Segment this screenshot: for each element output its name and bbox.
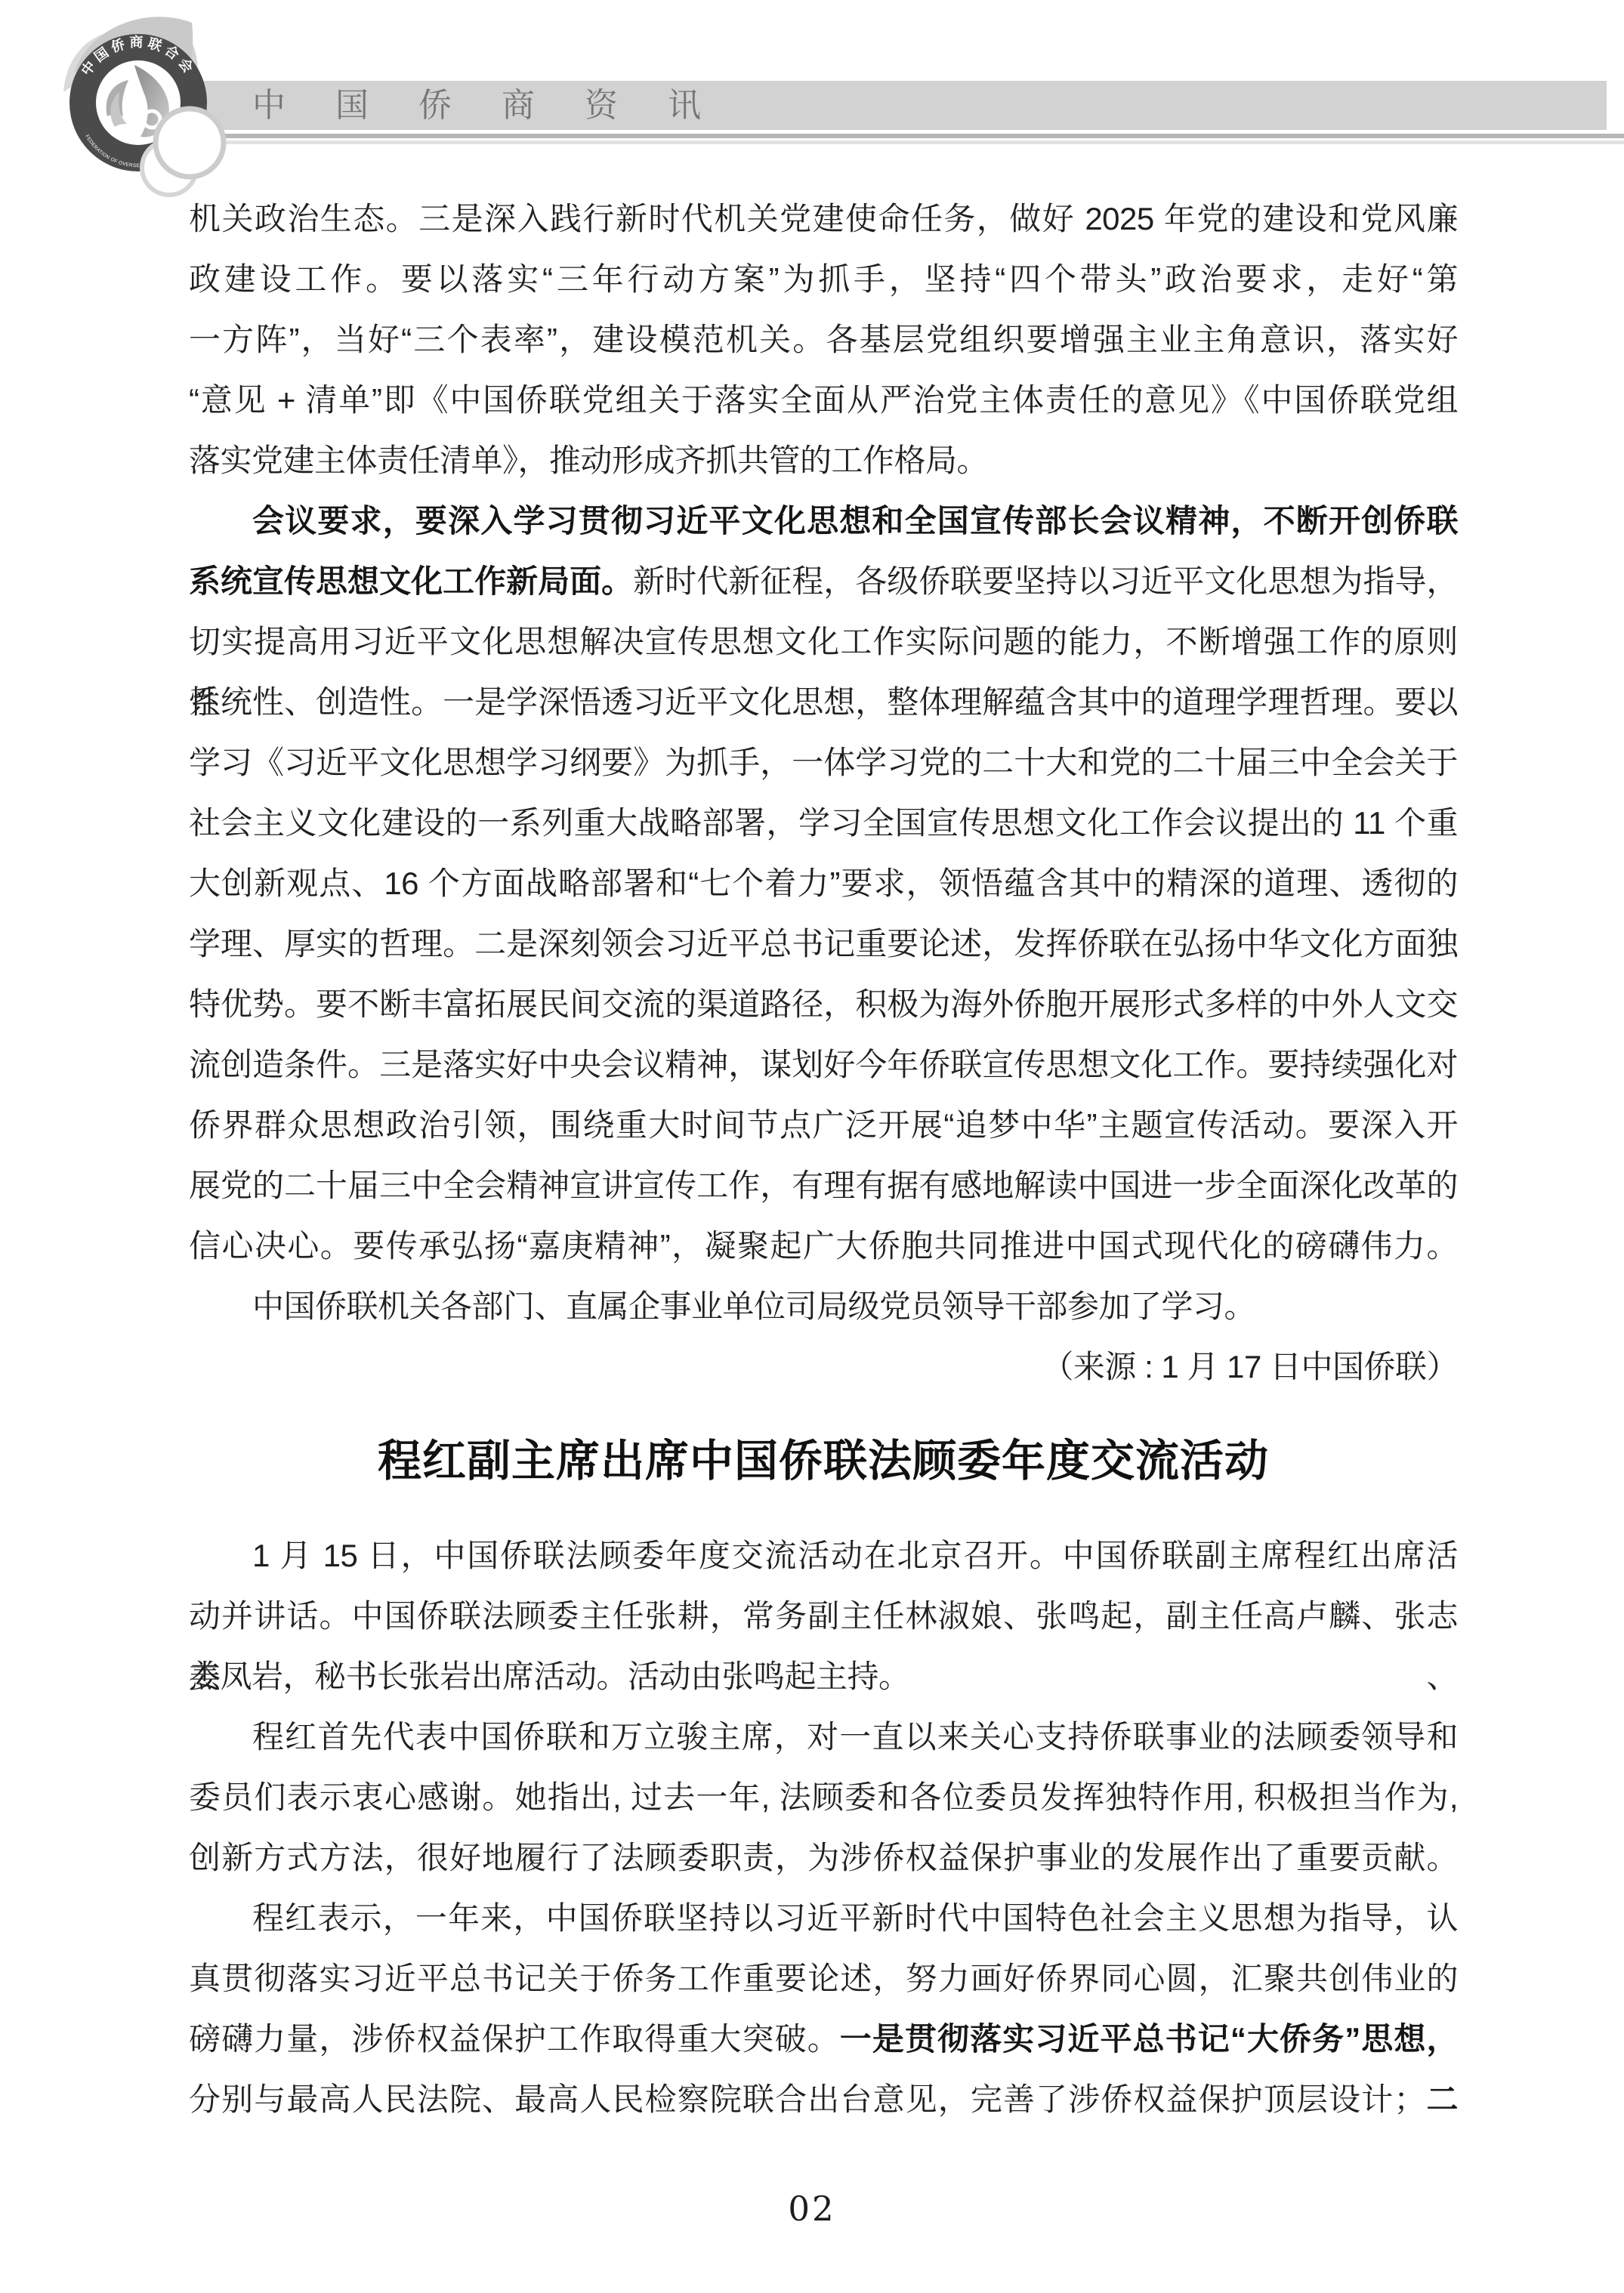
page-content: 机关政治生态。三是深入践行新时代机关党建使命任务，做好 2025 年党的建设和党… xyxy=(189,189,1458,2130)
text-line: 社会主义文化建设的一系列重大战略部署，学习全国宣传思想文化工作会议提出的 11 … xyxy=(189,793,1458,853)
text-line: 中国侨联机关各部门、直属企事业单位司局级党员领导干部参加了学习。 xyxy=(189,1276,1458,1337)
article-2-body: 1 月 15 日，中国侨联法顾委年度交流活动在北京召开。中国侨联副主席程红出席活… xyxy=(189,1526,1458,2130)
article-1-source: （来源 : 1 月 17 日中国侨联） xyxy=(189,1337,1458,1397)
text-line: 落实党建主体责任清单》，推动形成齐抓共管的工作格局。 xyxy=(189,431,1458,491)
text-line: 特优势。要不断丰富拓展民间交流的渠道路径，积极为海外侨胞开展形式多样的中外人文交 xyxy=(189,974,1458,1035)
text-line: 切实提高用习近平文化思想解决宣传思想文化工作实际问题的能力，不断增强工作的原则性… xyxy=(189,612,1458,672)
page-number: 02 xyxy=(0,2189,1624,2229)
text-line: 系统宣传思想文化工作新局面。新时代新征程，各级侨联要坚持以习近平文化思想为指导， xyxy=(189,551,1458,612)
text-line: 会议要求，要深入学习贯彻习近平文化思想和全国宣传部长会议精神，不断开创侨联 xyxy=(189,491,1458,551)
text-line: 学理、厚实的哲理。二是深刻领会习近平总书记重要论述，发挥侨联在弘扬中华文化方面独 xyxy=(189,914,1458,974)
text-line: 创新方式方法，很好地履行了法顾委职责，为涉侨权益保护事业的发展作出了重要贡献。 xyxy=(189,1828,1458,1888)
text-line: 展党的二十届三中全会精神宣讲宣传工作，有理有据有感地解读中国进一步全面深化改革的 xyxy=(189,1156,1458,1216)
text-line: 磅礴力量，涉侨权益保护工作取得重大突破。一是贯彻落实习近平总书记“大侨务”思想， xyxy=(189,2009,1458,2069)
document-page: 中国侨商资讯 中国侨商联合会 CHINA FEDERATION OF OVERS… xyxy=(0,0,1624,2293)
header-rule-light xyxy=(193,140,1624,144)
text-line: 机关政治生态。三是深入践行新时代机关党建使命任务，做好 2025 年党的建设和党… xyxy=(189,189,1458,249)
text-line: 一方阵”，当好“三个表率”，建设模范机关。各基层党组织要增强主业主角意识，落实好 xyxy=(189,310,1458,370)
text-line: 信心决心。要传承弘扬“嘉庚精神”，凝聚起广大侨胞共同推进中国式现代化的磅礴伟力。 xyxy=(189,1216,1458,1276)
header-band: 中国侨商资讯 xyxy=(198,81,1607,130)
text-line: 程红表示，一年来，中国侨联坚持以习近平新时代中国特色社会主义思想为指导，认 xyxy=(189,1888,1458,1949)
outline-ring-large-icon xyxy=(156,109,224,177)
text-line: 分别与最高人民法院、最高人民检察院联合出台意见，完善了涉侨权益保护顶层设计；二 xyxy=(189,2069,1458,2130)
header-rule-dark xyxy=(193,134,1624,138)
text-line: 系统性、创造性。一是学深悟透习近平文化思想，整体理解蕴含其中的道理学理哲理。要以 xyxy=(189,672,1458,733)
text-line: 委员们表示衷心感谢。她指出, 过去一年, 法顾委和各位委员发挥独特作用, 积极担… xyxy=(189,1767,1458,1828)
text-line: 政建设工作。要以落实“三年行动方案”为抓手，坚持“四个带头”政治要求，走好“第 xyxy=(189,249,1458,310)
article-2-title: 程红副主席出席中国侨联法顾委年度交流活动 xyxy=(189,1397,1458,1526)
text-line: 动并讲话。中国侨联法顾委主任张耕，常务副主任林淑娘、张鸣起，副主任高卢麟、张志杰… xyxy=(189,1586,1458,1646)
text-line: 侨界群众思想政治引领，围绕重大时间节点广泛开展“追梦中华”主题宣传活动。要深入开 xyxy=(189,1095,1458,1156)
text-line: 大创新观点、16 个方面战略部署和“七个着力”要求，领悟蕴含其中的精深的道理、透… xyxy=(189,853,1458,914)
text-line: 流创造条件。三是落实好中央会议精神，谋划好今年侨联宣传思想文化工作。要持续强化对 xyxy=(189,1035,1458,1095)
text-line: 学习《习近平文化思想学习纲要》为抓手，一体学习党的二十大和党的二十届三中全会关于 xyxy=(189,733,1458,793)
text-line: 真贯彻落实习近平总书记关于侨务工作重要论述，努力画好侨界同心圆，汇聚共创伟业的 xyxy=(189,1949,1458,2009)
text-line: 程红首先代表中国侨联和万立骏主席，对一直以来关心支持侨联事业的法顾委领导和 xyxy=(189,1707,1458,1767)
newsletter-title: 中国侨商资讯 xyxy=(252,81,751,130)
federation-logo: 中国侨商联合会 CHINA FEDERATION OF OVERSEAS CHI… xyxy=(0,0,272,219)
text-line: 1 月 15 日，中国侨联法顾委年度交流活动在北京召开。中国侨联副主席程红出席活 xyxy=(189,1526,1458,1586)
article-1-body: 机关政治生态。三是深入践行新时代机关党建使命任务，做好 2025 年党的建设和党… xyxy=(189,189,1458,1337)
text-line: “意见 + 清单”即《中国侨联党组关于落实全面从严治党主体责任的意见》《中国侨联… xyxy=(189,370,1458,431)
